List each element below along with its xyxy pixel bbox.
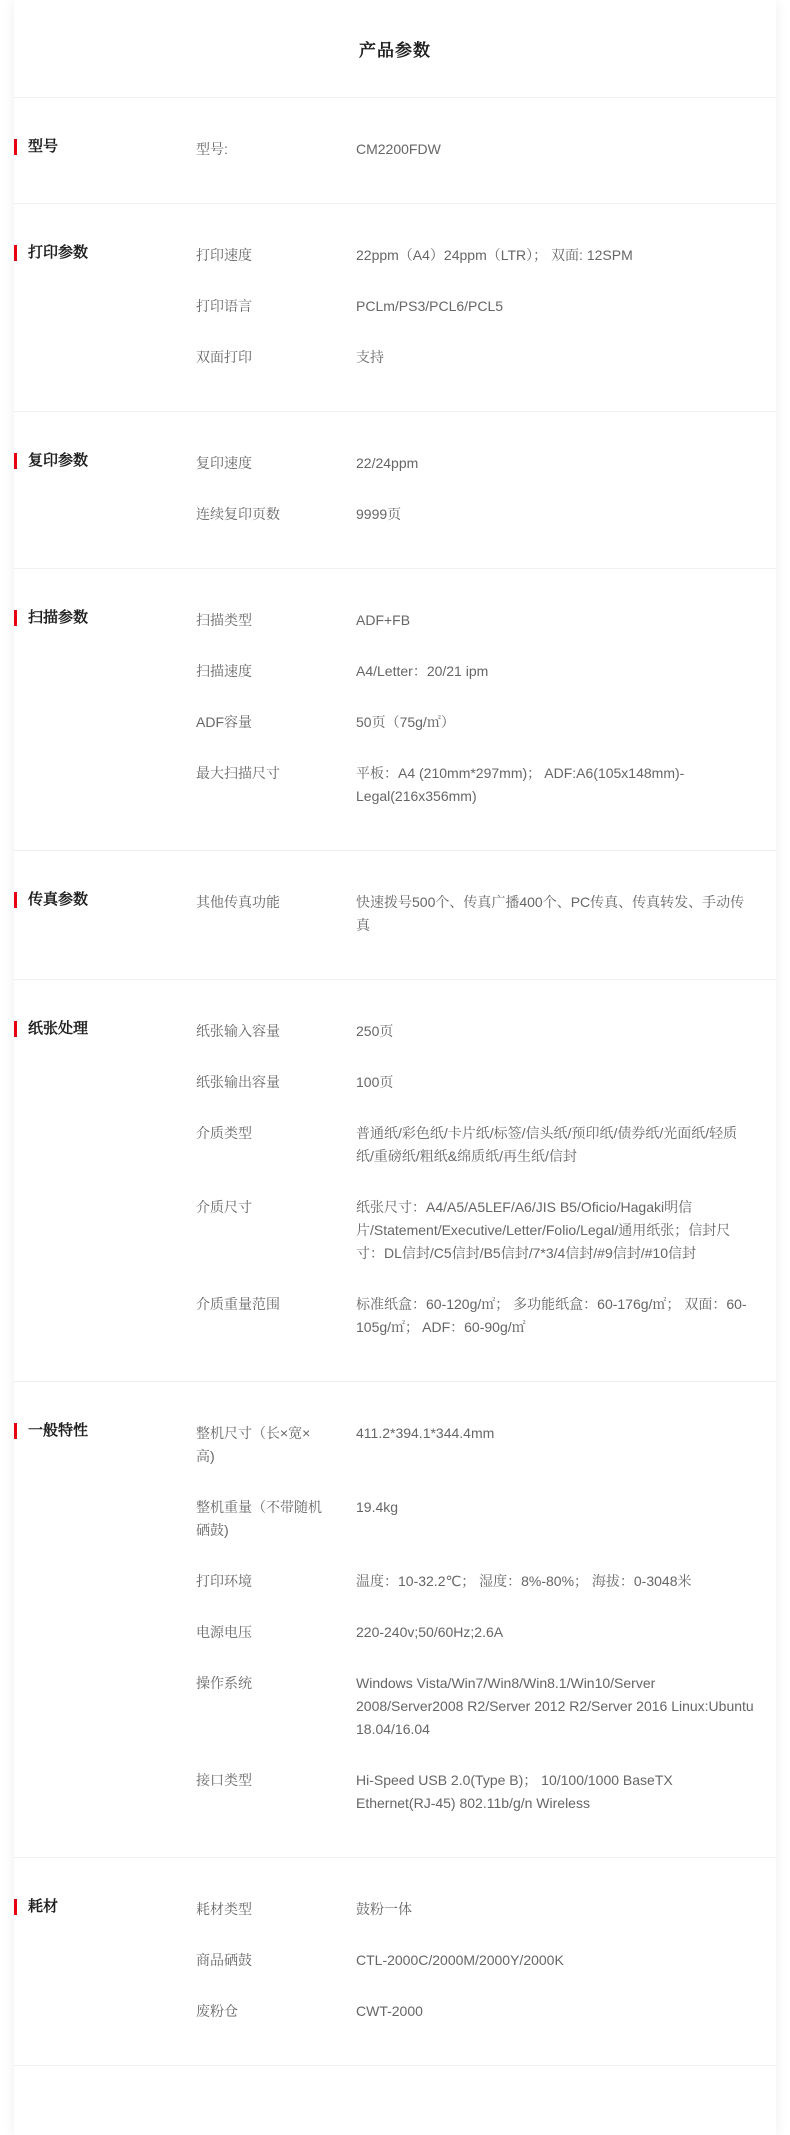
- spec-value: 支持: [356, 346, 754, 369]
- spec-row: 扫描类型 ADF+FB: [196, 609, 754, 632]
- spec-rows: 整机尺寸（长×宽×高) 411.2*394.1*344.4mm 整机重量（不带随…: [196, 1422, 776, 1843]
- section-accent-bar-icon: [14, 1423, 17, 1439]
- spec-label: 最大扫描尺寸: [196, 762, 356, 808]
- section-accent-bar-icon: [14, 610, 17, 626]
- spec-value: 250页: [356, 1020, 754, 1043]
- spec-label: 连续复印页数: [196, 503, 356, 526]
- section-title: 扫描参数: [28, 609, 196, 627]
- spec-value: 纸张尺寸：A4/A5/A5LEF/A6/JIS B5/Oficio/Hagaki…: [356, 1196, 754, 1265]
- spec-row: 型号: CM2200FDW: [196, 138, 754, 161]
- spec-row: 纸张输入容量 250页: [196, 1020, 754, 1043]
- spec-label: 商品硒鼓: [196, 1949, 356, 1972]
- spec-row: ADF容量 50页（75g/㎡）: [196, 711, 754, 734]
- spec-row: 介质重量范围 标准纸盒：60-120g/㎡； 多功能纸盒：60-176g/㎡； …: [196, 1293, 754, 1339]
- spec-value: 19.4kg: [356, 1496, 754, 1542]
- spec-row: 操作系统 Windows Vista/Win7/Win8/Win8.1/Win1…: [196, 1672, 754, 1741]
- spec-rows: 型号: CM2200FDW: [196, 138, 776, 189]
- section-title: 一般特性: [28, 1422, 196, 1440]
- spec-label: 接口类型: [196, 1769, 356, 1815]
- spec-section: 型号 型号: CM2200FDW: [14, 98, 776, 204]
- spec-label: 扫描速度: [196, 660, 356, 683]
- spec-value: 220-240v;50/60Hz;2.6A: [356, 1621, 754, 1644]
- section-accent-bar-icon: [14, 245, 17, 261]
- spec-value: 22/24ppm: [356, 452, 754, 475]
- spec-value: 9999页: [356, 503, 754, 526]
- spec-value: 普通纸/彩色纸/卡片纸/标签/信头纸/预印纸/债券纸/光面纸/轻质纸/重磅纸/粗…: [356, 1122, 754, 1168]
- spec-row: 其他传真功能 快速拨号500个、传真广播400个、PC传真、传真转发、手动传真: [196, 891, 754, 937]
- spec-label: 复印速度: [196, 452, 356, 475]
- section-header: 纸张处理: [14, 1020, 196, 1367]
- spec-value: 快速拨号500个、传真广播400个、PC传真、传真转发、手动传真: [356, 891, 754, 937]
- spec-section: 一般特性 整机尺寸（长×宽×高) 411.2*394.1*344.4mm 整机重…: [14, 1382, 776, 1858]
- spec-section: 扫描参数 扫描类型 ADF+FB 扫描速度 A4/Letter：20/21 ip…: [14, 569, 776, 851]
- spec-sections-container: 型号 型号: CM2200FDW 打印参数 打印速度 22ppm（A4）24pp…: [14, 98, 776, 2066]
- spec-label: 打印环境: [196, 1570, 356, 1593]
- spec-row: 商品硒鼓 CTL-2000C/2000M/2000Y/2000K: [196, 1949, 754, 1972]
- spec-label: 介质尺寸: [196, 1196, 356, 1265]
- section-title: 纸张处理: [28, 1020, 196, 1038]
- spec-rows: 其他传真功能 快速拨号500个、传真广播400个、PC传真、传真转发、手动传真: [196, 891, 776, 965]
- spec-row: 连续复印页数 9999页: [196, 503, 754, 526]
- section-header: 耗材: [14, 1898, 196, 2051]
- spec-value: ADF+FB: [356, 609, 754, 632]
- spec-label: ADF容量: [196, 711, 356, 734]
- section-header: 复印参数: [14, 452, 196, 554]
- section-title: 耗材: [28, 1898, 196, 1916]
- spec-rows: 扫描类型 ADF+FB 扫描速度 A4/Letter：20/21 ipm ADF…: [196, 609, 776, 836]
- spec-value: 平板：A4 (210mm*297mm)； ADF:A6(105x148mm)-L…: [356, 762, 754, 808]
- spec-value: 温度：10-32.2℃； 湿度：8%-80%； 海拔：0-3048米: [356, 1570, 754, 1593]
- spec-label: 扫描类型: [196, 609, 356, 632]
- spec-rows: 耗材类型 鼓粉一体 商品硒鼓 CTL-2000C/2000M/2000Y/200…: [196, 1898, 776, 2051]
- section-header: 扫描参数: [14, 609, 196, 836]
- spec-row: 介质类型 普通纸/彩色纸/卡片纸/标签/信头纸/预印纸/债券纸/光面纸/轻质纸/…: [196, 1122, 754, 1168]
- spec-value: CTL-2000C/2000M/2000Y/2000K: [356, 1949, 754, 1972]
- section-accent-bar-icon: [14, 1021, 17, 1037]
- spec-label: 纸张输出容量: [196, 1071, 356, 1094]
- spec-value: 50页（75g/㎡）: [356, 711, 754, 734]
- section-accent-bar-icon: [14, 453, 17, 469]
- section-title: 打印参数: [28, 244, 196, 262]
- spec-rows: 打印速度 22ppm（A4）24ppm（LTR）； 双面: 12SPM 打印语言…: [196, 244, 776, 397]
- spec-label: 废粉仓: [196, 2000, 356, 2023]
- spec-row: 电源电压 220-240v;50/60Hz;2.6A: [196, 1621, 754, 1644]
- spec-label: 介质重量范围: [196, 1293, 356, 1339]
- spec-section: 耗材 耗材类型 鼓粉一体 商品硒鼓 CTL-2000C/2000M/2000Y/…: [14, 1858, 776, 2066]
- spec-section: 打印参数 打印速度 22ppm（A4）24ppm（LTR）； 双面: 12SPM…: [14, 204, 776, 412]
- section-title: 型号: [28, 138, 196, 156]
- spec-value: 鼓粉一体: [356, 1898, 754, 1921]
- spec-value: CM2200FDW: [356, 138, 754, 161]
- spec-row: 复印速度 22/24ppm: [196, 452, 754, 475]
- spec-row: 打印环境 温度：10-32.2℃； 湿度：8%-80%； 海拔：0-3048米: [196, 1570, 754, 1593]
- spec-rows: 复印速度 22/24ppm 连续复印页数 9999页: [196, 452, 776, 554]
- spec-value: CWT-2000: [356, 2000, 754, 2023]
- product-spec-card: 产品参数 型号 型号: CM2200FDW 打印参数 打印速度 22ppm（A4…: [14, 0, 776, 2135]
- spec-row: 扫描速度 A4/Letter：20/21 ipm: [196, 660, 754, 683]
- section-header: 打印参数: [14, 244, 196, 397]
- spec-label: 整机重量（不带随机硒鼓): [196, 1496, 356, 1542]
- spec-label: 操作系统: [196, 1672, 356, 1741]
- spec-section: 复印参数 复印速度 22/24ppm 连续复印页数 9999页: [14, 412, 776, 569]
- spec-value: 22ppm（A4）24ppm（LTR）； 双面: 12SPM: [356, 244, 754, 267]
- section-header: 传真参数: [14, 891, 196, 965]
- section-accent-bar-icon: [14, 892, 17, 908]
- spec-section: 纸张处理 纸张输入容量 250页 纸张输出容量 100页 介质类型 普通纸/彩色…: [14, 980, 776, 1382]
- spec-row: 介质尺寸 纸张尺寸：A4/A5/A5LEF/A6/JIS B5/Oficio/H…: [196, 1196, 754, 1265]
- section-header: 一般特性: [14, 1422, 196, 1843]
- spec-value: 100页: [356, 1071, 754, 1094]
- spec-label: 双面打印: [196, 346, 356, 369]
- spec-value: Windows Vista/Win7/Win8/Win8.1/Win10/Ser…: [356, 1672, 754, 1741]
- spec-row: 纸张输出容量 100页: [196, 1071, 754, 1094]
- spec-label: 纸张输入容量: [196, 1020, 356, 1043]
- spec-value: 411.2*394.1*344.4mm: [356, 1422, 754, 1468]
- spec-row: 整机尺寸（长×宽×高) 411.2*394.1*344.4mm: [196, 1422, 754, 1468]
- spec-section: 传真参数 其他传真功能 快速拨号500个、传真广播400个、PC传真、传真转发、…: [14, 851, 776, 980]
- spec-row: 打印速度 22ppm（A4）24ppm（LTR）； 双面: 12SPM: [196, 244, 754, 267]
- section-accent-bar-icon: [14, 1899, 17, 1915]
- spec-label: 型号:: [196, 138, 356, 161]
- spec-label: 耗材类型: [196, 1898, 356, 1921]
- spec-row: 接口类型 Hi-Speed USB 2.0(Type B)； 10/100/10…: [196, 1769, 754, 1815]
- section-header: 型号: [14, 138, 196, 189]
- spec-label: 其他传真功能: [196, 891, 356, 937]
- section-title: 传真参数: [28, 891, 196, 909]
- spec-label: 打印速度: [196, 244, 356, 267]
- spec-row: 双面打印 支持: [196, 346, 754, 369]
- spec-label: 电源电压: [196, 1621, 356, 1644]
- spec-label: 打印语言: [196, 295, 356, 318]
- section-title: 复印参数: [28, 452, 196, 470]
- spec-row: 整机重量（不带随机硒鼓) 19.4kg: [196, 1496, 754, 1542]
- spec-value: 标准纸盒：60-120g/㎡； 多功能纸盒：60-176g/㎡； 双面：60-1…: [356, 1293, 754, 1339]
- spec-rows: 纸张输入容量 250页 纸张输出容量 100页 介质类型 普通纸/彩色纸/卡片纸…: [196, 1020, 776, 1367]
- spec-row: 耗材类型 鼓粉一体: [196, 1898, 754, 1921]
- page-title: 产品参数: [359, 36, 431, 61]
- spec-value: PCLm/PS3/PCL6/PCL5: [356, 295, 754, 318]
- spec-row: 打印语言 PCLm/PS3/PCL6/PCL5: [196, 295, 754, 318]
- page-header: 产品参数: [14, 0, 776, 98]
- spec-value: Hi-Speed USB 2.0(Type B)； 10/100/1000 Ba…: [356, 1769, 754, 1815]
- section-accent-bar-icon: [14, 139, 17, 155]
- spec-row: 最大扫描尺寸 平板：A4 (210mm*297mm)； ADF:A6(105x1…: [196, 762, 754, 808]
- spec-row: 废粉仓 CWT-2000: [196, 2000, 754, 2023]
- spec-label: 介质类型: [196, 1122, 356, 1168]
- spec-value: A4/Letter：20/21 ipm: [356, 660, 754, 683]
- spec-label: 整机尺寸（长×宽×高): [196, 1422, 356, 1468]
